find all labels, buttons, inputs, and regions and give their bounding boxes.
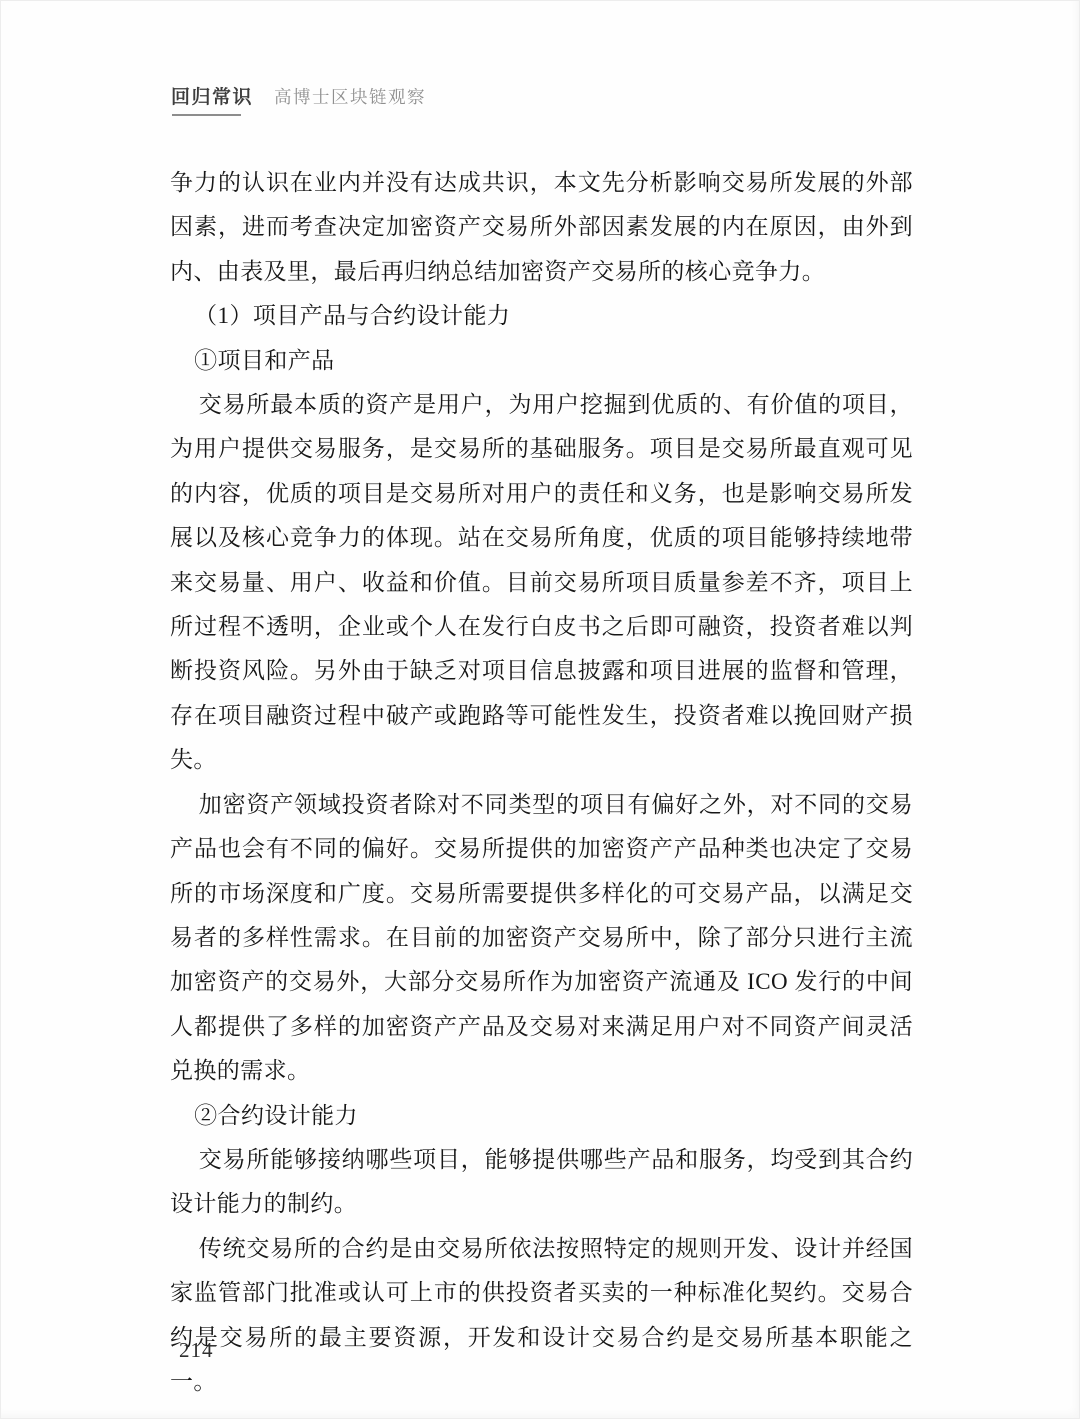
book-title: 回归常识 [171, 82, 253, 109]
paragraph-continuation: 争力的认识在业内并没有达成共识，本文先分析影响交易所发展的外部因素，进而考查决定… [170, 161, 913, 294]
subsection-heading-circled-1: ①项目和产品 [170, 339, 913, 383]
header-underline-rule [172, 114, 241, 116]
book-page: 回归常识 高博士区块链观察 争力的认识在业内并没有达成共识，本文先分析影响交易所… [0, 0, 1080, 1419]
paragraph: 交易所能够接纳哪些项目，能够提供哪些产品和服务，均受到其合约设计能力的制约。 [170, 1138, 913, 1227]
section-heading-numbered: （1）项目产品与合约设计能力 [170, 294, 913, 338]
running-header: 回归常识 高博士区块链观察 [171, 82, 426, 109]
paragraph: 加密资产领域投资者除对不同类型的项目有偏好之外，对不同的交易产品也会有不同的偏好… [170, 783, 913, 1094]
paragraph: 传统交易所的合约是由交易所依法按照特定的规则开发、设计并经国家监管部门批准或认可… [170, 1227, 913, 1405]
subsection-heading-circled-2: ②合约设计能力 [170, 1094, 913, 1138]
paragraph: 交易所最本质的资产是用户，为用户挖掘到优质的、有价值的项目，为用户提供交易服务，… [170, 383, 913, 783]
page-number: 214 [179, 1338, 214, 1363]
body-text-column: 争力的认识在业内并没有达成共识，本文先分析影响交易所发展的外部因素，进而考查决定… [170, 161, 913, 1404]
book-subtitle: 高博士区块链观察 [274, 84, 426, 109]
